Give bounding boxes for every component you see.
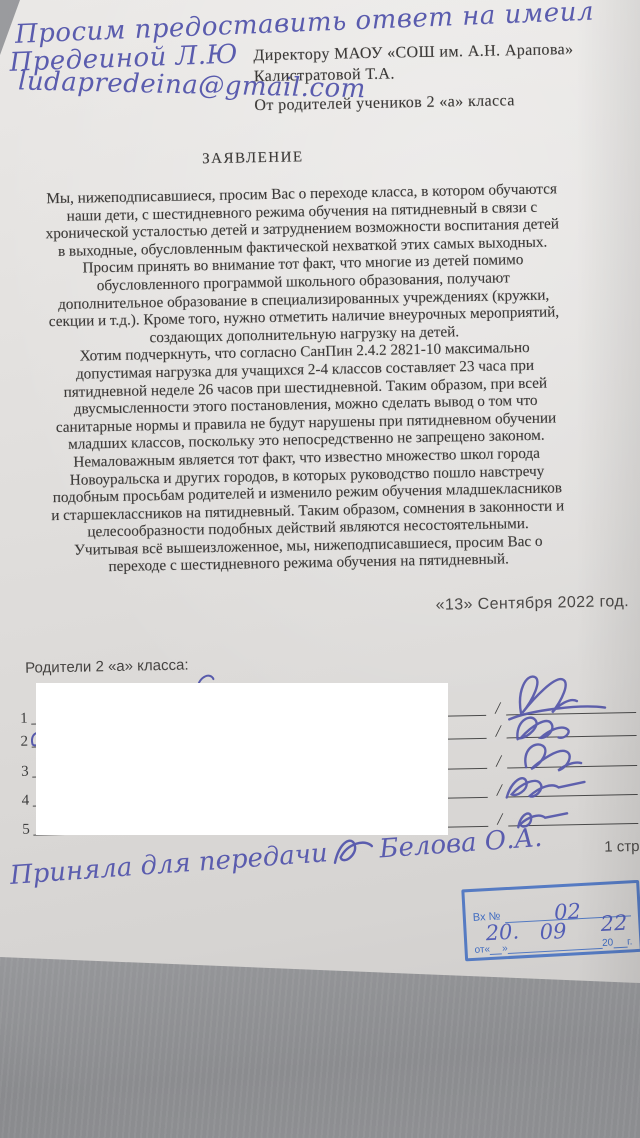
stamp-year-line (613, 937, 628, 949)
document-title: ЗАЯВЛЕНИЕ (0, 144, 561, 173)
stamp-year-suffix: г. (627, 936, 633, 947)
date-line: «13» Сентября 2022 год. (436, 593, 630, 615)
incoming-stamp: Вх № 02 от « » 20 г. 20. 09 22 (461, 880, 640, 962)
receipt-note-text: Приняла для передачи (9, 838, 329, 891)
stamp-from-label: от (474, 944, 485, 956)
document-body: Мы, нижеподписавшиеся, просим Вас о пере… (0, 179, 616, 578)
handwritten-note-top: Просим предоставить ответ на имеил Преде… (0, 0, 510, 6)
sender-line: От родителей учеников 2 «а» класса (254, 89, 574, 116)
redaction-box (36, 683, 448, 835)
photo-of-document: { "note_top": { "line1": "Просим предост… (0, 0, 640, 1138)
row-number: 3 (21, 764, 29, 781)
recipient-block: Директору МАОУ «СОШ им. А.Н. Арапова» Ка… (253, 39, 574, 116)
parent-signatures-scribbles (458, 666, 640, 845)
row-number: 5 (22, 822, 30, 839)
stamp-day-value: 20. (485, 919, 520, 945)
stamp-date-row: от « » 20 г. 20. 09 22 (473, 917, 632, 957)
parents-label: Родители 2 «а» класса: (25, 657, 189, 677)
stamp-year-prefix: 20 (602, 937, 614, 949)
receiver-signature-scribble (328, 832, 378, 871)
stamp-month-value: 09 (539, 919, 567, 944)
stamp-day-line (490, 943, 503, 955)
row-number: 2 (20, 734, 28, 751)
stamp-year-value: 22 (600, 911, 628, 936)
row-number: 4 (22, 793, 30, 810)
